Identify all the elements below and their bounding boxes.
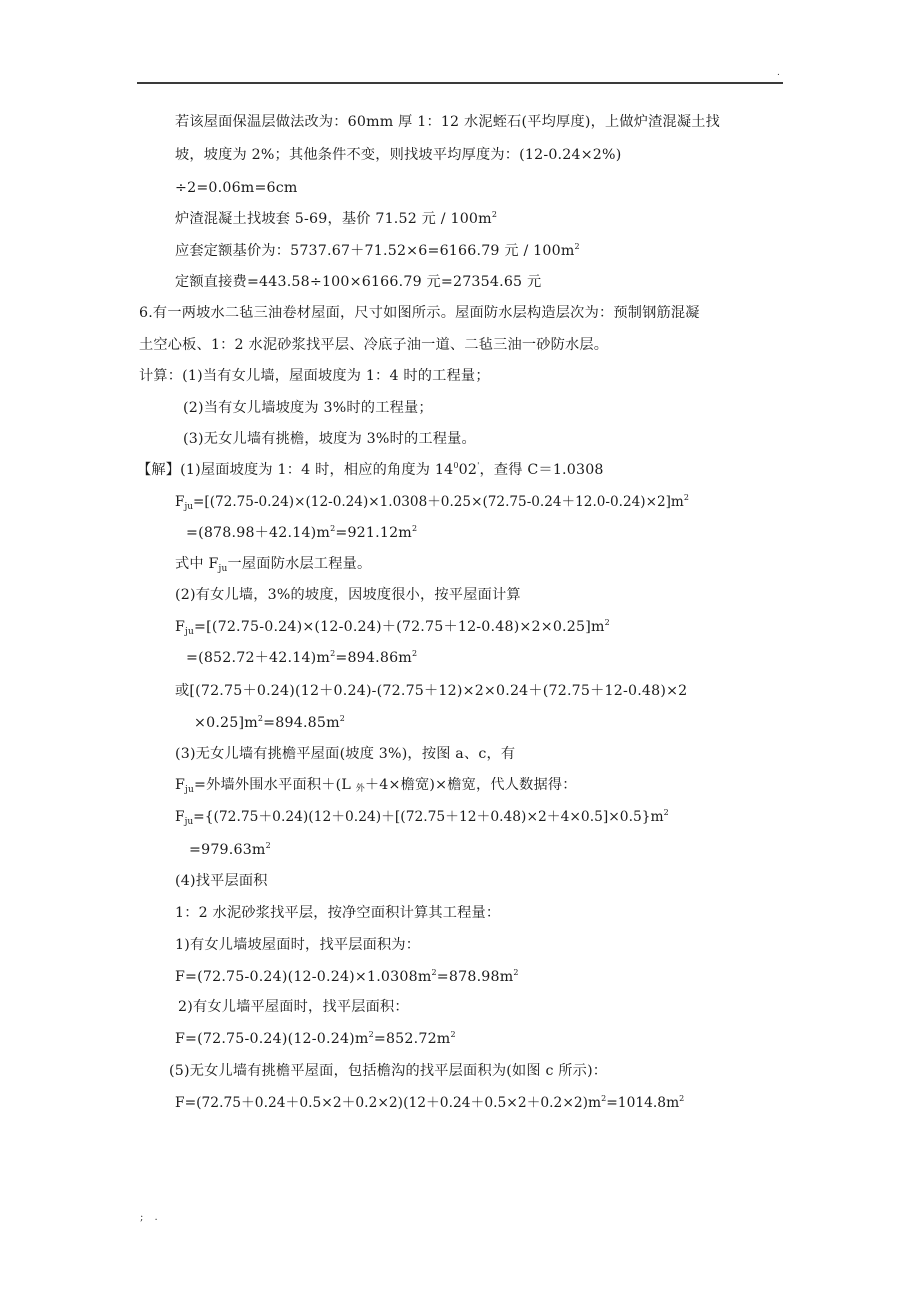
formula-line: 或[(72.75＋0.24)(12＋0.24)-(72.75＋12)×2×0.2… <box>175 681 687 701</box>
solution-line: 【解】(1)屋面坡度为 1：4 时，相应的角度为 14002'，查得 C＝1.0… <box>137 460 604 480</box>
formula-line: F=(72.75-0.24)(12-0.24)m2=852.72m2 <box>175 1029 456 1049</box>
text: =894.85m <box>263 715 340 731</box>
section-title: (2)有女儿墙，3%的坡度，因坡度很小，按平屋面计算 <box>175 585 521 605</box>
paragraph-line: 1：2 水泥砂浆找平层，按净空面积计算其工程量： <box>175 903 500 923</box>
superscript: 2 <box>605 618 610 627</box>
footer-mark: ; . <box>140 1212 162 1223</box>
text: =外墙外围水平面积＋(L <box>194 777 356 793</box>
calc-item: (2)当有女儿墙坡度为 3%时的工程量； <box>183 398 433 418</box>
calc-intro: 计算：(1)当有女儿墙，屋面坡度为 1：4 时的工程量； <box>139 366 490 386</box>
text: 式中 F <box>175 556 219 572</box>
subscript: ju <box>185 785 194 795</box>
superscript: 2 <box>664 808 669 817</box>
superscript: 2 <box>266 841 271 850</box>
text: (1)屋面坡度为 1：4 时，相应的角度为 14 <box>180 462 453 478</box>
text: =878.98m <box>437 969 514 985</box>
text: 炉渣混凝土找坡套 5-69，基价 71.52 元 / 100m <box>175 211 492 227</box>
formula-result: =979.63m2 <box>189 840 271 860</box>
subscript: ju <box>184 502 193 512</box>
superscript: 2 <box>412 649 417 658</box>
text: 应套定额基价为：5737.67＋71.52×6=6166.79 元 / 100m <box>175 243 574 259</box>
formula-line: Fju=[(72.75-0.24)×(12-0.24)＋(72.75＋12-0.… <box>175 617 610 637</box>
formula-result: =(852.72＋42.14)m2=894.86m2 <box>186 648 417 668</box>
text: F <box>175 619 185 635</box>
text: ，查得 C＝1.0308 <box>480 462 604 478</box>
text: =(878.98＋42.14)m <box>186 525 330 541</box>
paragraph-line: 1)有女儿墙坡屋面时，找平层面积为： <box>175 935 420 955</box>
text: 02 <box>459 462 477 478</box>
formula-result: ×0.25]m2=894.85m2 <box>194 713 345 733</box>
text: ={(72.75＋0.24)(12＋0.24)＋[(72.75＋12＋0.48)… <box>193 809 663 825</box>
text: F <box>175 777 185 793</box>
superscript: 2 <box>450 1030 455 1039</box>
paragraph-line: 坡，坡度为 2%；其他条件不变，则找坡平均厚度为：(12-0.24×2%) <box>175 145 621 165</box>
header-rule <box>137 82 783 84</box>
text: =[(72.75-0.24)×(12-0.24)×1.0308＋0.25×(72… <box>193 494 684 510</box>
text: F=(72.75-0.24)(12-0.24)×1.0308m <box>175 969 432 985</box>
superscript: 2 <box>513 968 518 977</box>
subscript: 外 <box>356 784 365 794</box>
formula-line: F=(72.75＋0.24＋0.5×2＋0.2×2)(12＋0.24＋0.5×2… <box>175 1093 684 1113</box>
text: F=(72.75＋0.24＋0.5×2＋0.2×2)(12＋0.24＋0.5×2… <box>175 1095 601 1111</box>
header-corner-mark: . <box>777 68 780 78</box>
problem-heading: 6.有一两坡水二毡三油卷材屋面，尺寸如图所示。屋面防水层构造层次为：预制钢筋混凝 <box>139 303 700 323</box>
paragraph-line: 炉渣混凝土找坡套 5-69，基价 71.52 元 / 100m2 <box>175 209 497 229</box>
text: =(852.72＋42.14)m <box>186 650 330 666</box>
text: =1014.8m <box>606 1095 679 1111</box>
formula-line: Fju={(72.75＋0.24)(12＋0.24)＋[(72.75＋12＋0.… <box>175 807 669 827</box>
formula-line: Fju=[(72.75-0.24)×(12-0.24)×1.0308＋0.25×… <box>175 492 689 512</box>
superscript: 2 <box>412 524 417 533</box>
paragraph-line: 定额直接费=443.58÷100×6166.79 元=27354.65 元 <box>175 272 541 292</box>
subscript: ju <box>185 627 194 637</box>
text: =852.72m <box>374 1031 451 1047</box>
text: =894.86m <box>335 650 412 666</box>
text: ×0.25]m <box>194 715 258 731</box>
paragraph-line: ÷2=0.06m=6cm <box>175 178 298 198</box>
superscript: 2 <box>340 714 345 723</box>
solution-label: 【解】 <box>137 462 180 478</box>
calc-item: (3)无女儿墙有挑檐，坡度为 3%时的工程量。 <box>183 429 476 449</box>
text: =921.12m <box>335 525 412 541</box>
formula-result: =(878.98＋42.14)m2=921.12m2 <box>186 523 417 543</box>
section-title: (3)无女儿墙有挑檐平屋面(坡度 3%)，按图 a、c，有 <box>175 744 515 764</box>
paragraph-line: 2)有女儿墙平屋面时，找平层面积： <box>178 997 409 1017</box>
text: F <box>175 809 185 825</box>
text: =[(72.75-0.24)×(12-0.24)＋(72.75＋12-0.48)… <box>194 619 605 635</box>
superscript: 2 <box>684 493 689 502</box>
paragraph-line: 若该屋面保温层做法改为：60mm 厚 1：12 水泥蛭石(平均厚度)，上做炉渣混… <box>175 112 720 132</box>
paragraph-line: 应套定额基价为：5737.67＋71.52×6=6166.79 元 / 100m… <box>175 241 580 261</box>
formula-definition: Fju=外墙外围水平面积＋(L 外＋4×檐宽)×檐宽，代人数据得： <box>175 775 577 799</box>
superscript: 2 <box>574 242 579 251</box>
subscript: ju <box>185 817 194 827</box>
definition-line: 式中 Fju一屋面防水层工程量。 <box>175 554 371 574</box>
text: =979.63m <box>189 842 266 858</box>
section-title: (5)无女儿墙有挑檐平屋面，包括檐沟的找平层面积为(如图 c 所示)： <box>169 1061 607 1081</box>
paragraph-line: 土空心板、1：2 水泥砂浆找平层、冷底子油一道、二毡三油一砂防水层。 <box>139 335 608 355</box>
superscript: 2 <box>492 210 497 219</box>
text: F=(72.75-0.24)(12-0.24)m <box>175 1031 369 1047</box>
subscript: ju <box>219 564 228 574</box>
text: 一屋面防水层工程量。 <box>228 556 372 572</box>
text: ＋4×檐宽)×檐宽，代人数据得： <box>365 777 577 793</box>
superscript: 2 <box>679 1094 684 1103</box>
section-title: (4)找平层面积 <box>175 871 268 891</box>
formula-line: F=(72.75-0.24)(12-0.24)×1.0308m2=878.98m… <box>175 967 519 987</box>
